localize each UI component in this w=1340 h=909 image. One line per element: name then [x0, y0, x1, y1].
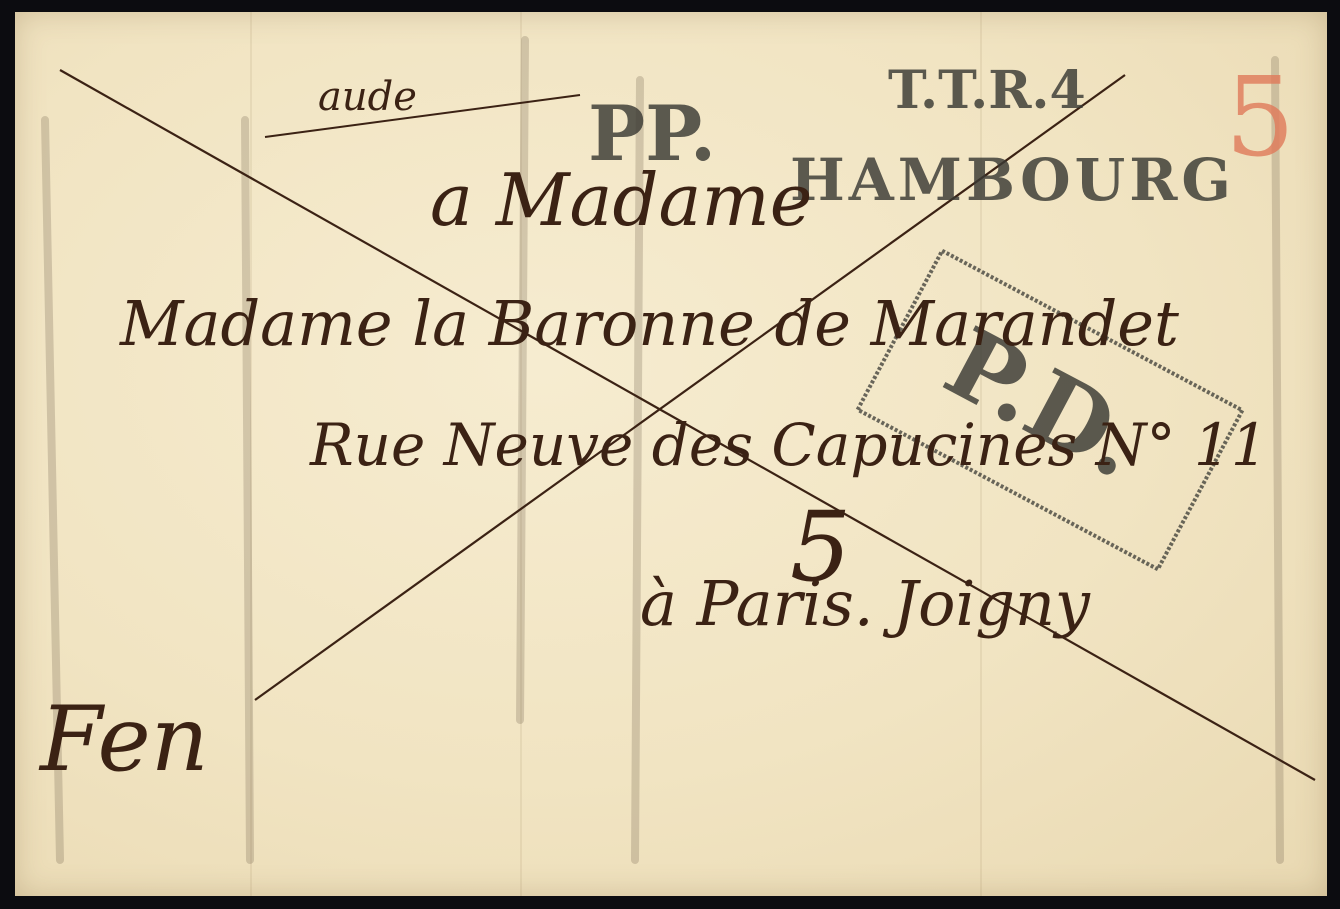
- address-line-2: Madame la Baronne de Marandet: [119, 287, 1179, 360]
- address-line-3: Rue Neuve des Capucines N° 11: [309, 411, 1268, 479]
- hambourg-stamp: HAMBOURG: [790, 146, 1235, 214]
- address-line-1: a Madame: [430, 158, 812, 242]
- top-note: aude: [318, 74, 417, 120]
- ttr-stamp: T.T.R.4: [888, 60, 1086, 121]
- letter-markings: PP. T.T.R.4 HAMBOURG P.D. 5 aude a Madam…: [0, 0, 1340, 909]
- red-rate-mark: 5: [1225, 53, 1295, 181]
- signature: Fen: [38, 687, 209, 792]
- address-line-4: à Paris. Joigny: [640, 567, 1091, 640]
